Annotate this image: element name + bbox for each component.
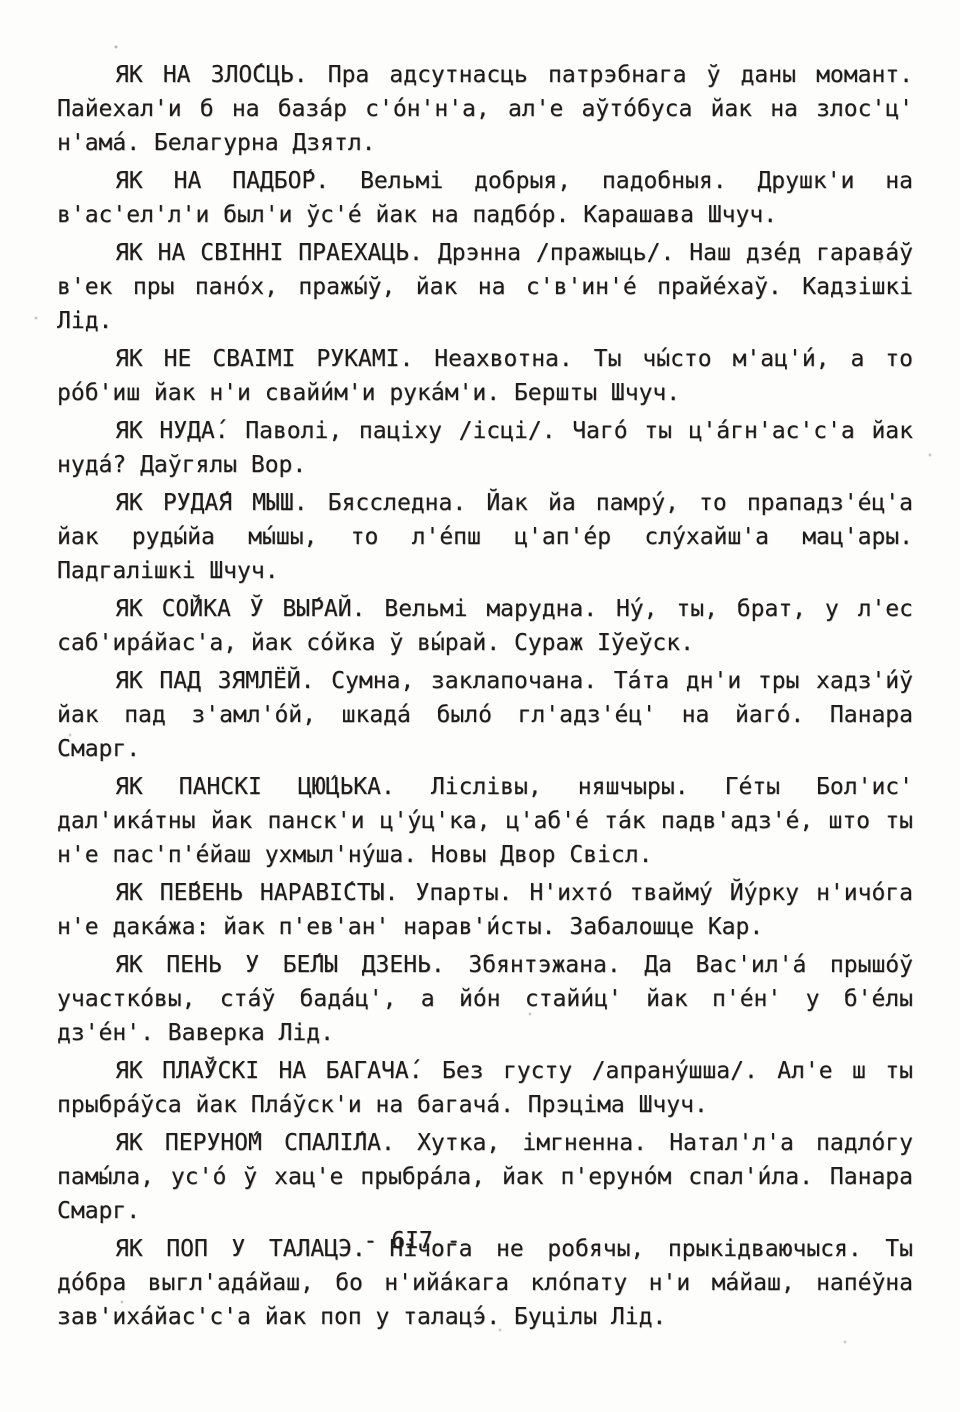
dictionary-entry: ЯК ПЛА́ЎСКІ НА БАГАЧА́. Без густу /апран… <box>57 1054 913 1122</box>
entry-headword: ЯК НЕ СВАІМІ РУКАМІ. <box>115 346 413 372</box>
page-number: - 6I7 - <box>0 1228 824 1254</box>
dictionary-entry: ЯК ПЕНЬ У БЕ́ЛЫ ДЗЕНЬ. Збянтэжана. Да Ва… <box>57 948 913 1050</box>
entry-headword: ЯК ПЛА́ЎСКІ НА БАГАЧА́. <box>115 1058 423 1084</box>
dictionary-entry: ЯК НА СВІННІ ПРАЕХАЦЬ. Дрэнна /пражыць/.… <box>57 236 913 338</box>
entry-headword: ЯК ПАНСКІ ЦЮ́ЦЬКА. <box>115 774 395 800</box>
dictionary-entry: ЯК ПЕРУНО́М СПАЛІ́ЛА. Хутка, імгненна. Н… <box>57 1126 913 1228</box>
dictionary-entry: ЯК НА ПАДБО́Р. Вельмі добрыя, падобныя. … <box>57 164 913 232</box>
dictionary-entry: ЯК НА ЗЛО́СЦЬ. Пра адсутнасць патрэбнага… <box>57 58 913 160</box>
entry-headword: ЯК ПЕРУНО́М СПАЛІ́ЛА. <box>115 1130 395 1156</box>
scanned-document-page: ЯК НА ЗЛО́СЦЬ. Пра адсутнасць патрэбнага… <box>0 0 960 1412</box>
entry-headword: ЯК НА ПАДБО́Р. <box>115 168 329 194</box>
dictionary-entry: ЯК СО́ЙКА Ў ВЫ́РАЙ. Вельмі марудна. Ну́,… <box>57 592 913 660</box>
entry-headword: ЯК НА ЗЛО́СЦЬ. <box>115 62 308 88</box>
dictionary-entry: ЯК ПАД ЗЯМЛЁЙ. Сумна, заклапочана. Та́та… <box>57 664 913 766</box>
entry-headword: ЯК НУДА́. <box>115 418 229 444</box>
entry-headword: ЯК РУДА́Я МЫШ. <box>115 490 308 516</box>
entry-headword: ЯК ПЕ́ВЕНЬ НАРАВІ́СТЫ. <box>115 880 398 906</box>
entry-headword: ЯК СО́ЙКА Ў ВЫ́РАЙ. <box>115 596 365 622</box>
dictionary-entry: ЯК НУДА́. Паволі, паціху /ісці/. Чаго́ т… <box>57 414 913 482</box>
dictionary-entry: ЯК РУДА́Я МЫШ. Бясследна. Йак йа памру́,… <box>57 486 913 588</box>
entry-headword: ЯК ПАД ЗЯМЛЁЙ. <box>115 668 315 694</box>
dictionary-entry: ЯК НЕ СВАІМІ РУКАМІ. Неахвотна. Ты чы́ст… <box>57 342 913 410</box>
dictionary-entry: ЯК ПЕ́ВЕНЬ НАРАВІ́СТЫ. Упарты. Н'ихто́ т… <box>57 876 913 944</box>
entry-headword: ЯК НА СВІННІ ПРАЕХАЦЬ. <box>115 240 423 266</box>
entry-headword: ЯК ПЕНЬ У БЕ́ЛЫ ДЗЕНЬ. <box>115 952 445 978</box>
dictionary-text-block: ЯК НА ЗЛО́СЦЬ. Пра адсутнасць патрэбнага… <box>57 58 913 1334</box>
dictionary-entry: ЯК ПАНСКІ ЦЮ́ЦЬКА. Ліслівы, няшчыры. Ге́… <box>57 770 913 872</box>
